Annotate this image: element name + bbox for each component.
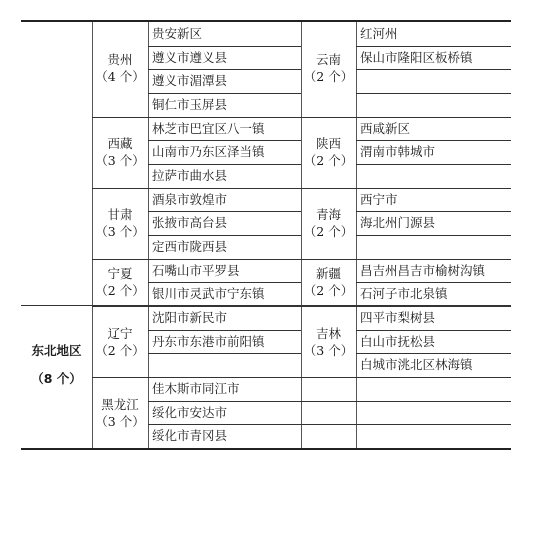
province-name: 西藏	[92, 135, 148, 152]
province-name: 青海	[301, 206, 356, 223]
site-cell: 保山市隆阳区板桥镇	[360, 46, 473, 70]
province-count: （3 个）	[301, 342, 356, 359]
province-count: （3 个）	[92, 152, 148, 169]
province-label: 吉林（3 个）	[301, 325, 356, 359]
province-count: （2 个）	[301, 68, 356, 85]
province-count: （2 个）	[301, 152, 356, 169]
row-divider	[356, 93, 511, 94]
province-name: 宁夏	[92, 265, 148, 282]
province-count: （2 个）	[301, 282, 356, 299]
row-divider	[148, 353, 301, 354]
province-name: 贵州	[92, 51, 148, 68]
site-cell: 西咸新区	[360, 117, 410, 141]
province-label: 云南（2 个）	[301, 51, 356, 85]
site-cell: 绥化市青冈县	[152, 424, 227, 448]
site-cell: 绥化市安达市	[152, 401, 227, 425]
pilot-sites-table: 东北地区 （8 个） 贵州（4 个）贵安新区遵义市遵义县遵义市湄潭县铜仁市玉屏县…	[21, 20, 511, 450]
region-label: 东北地区 （8 个）	[21, 337, 92, 393]
row-divider	[356, 69, 511, 70]
province-label: 陕西（2 个）	[301, 135, 356, 169]
site-cell: 遵义市湄潭县	[152, 69, 227, 93]
group-divider	[301, 401, 511, 402]
province-name: 黑龙江	[92, 396, 148, 413]
site-cell: 石河子市北泉镇	[360, 282, 448, 306]
site-cell: 白山市抚松县	[360, 330, 435, 354]
site-cell: 铜仁市玉屏县	[152, 93, 227, 117]
province-count: （3 个）	[92, 413, 148, 430]
province-count: （2 个）	[92, 342, 148, 359]
province-name: 辽宁	[92, 325, 148, 342]
province-label: 黑龙江（3 个）	[92, 396, 148, 430]
site-cell: 林芝市巴宜区八一镇	[152, 117, 265, 141]
province-count: （2 个）	[92, 282, 148, 299]
row-divider	[356, 164, 511, 165]
site-cell: 酒泉市敦煌市	[152, 188, 227, 212]
region-name: 东北地区	[21, 337, 92, 365]
site-cell: 定西市陇西县	[152, 235, 227, 259]
site-cell: 丹东市东港市前阳镇	[152, 330, 265, 354]
province-label: 甘肃（3 个）	[92, 206, 148, 240]
site-cell: 张掖市高台县	[152, 211, 227, 235]
site-cell: 西宁市	[360, 188, 398, 212]
site-cell: 遵义市遵义县	[152, 46, 227, 70]
group-divider	[301, 377, 511, 378]
province-label: 辽宁（2 个）	[92, 325, 148, 359]
site-cell: 银川市灵武市宁东镇	[152, 282, 265, 306]
site-cell: 四平市梨树县	[360, 306, 435, 330]
site-cell: 昌吉州昌吉市榆树沟镇	[360, 259, 485, 283]
province-label: 西藏（3 个）	[92, 135, 148, 169]
province-name: 陕西	[301, 135, 356, 152]
site-cell: 拉萨市曲水县	[152, 164, 227, 188]
site-cell: 白城市洮北区林海镇	[360, 353, 473, 377]
province-label: 青海（2 个）	[301, 206, 356, 240]
site-cell: 贵安新区	[152, 22, 202, 46]
province-name: 吉林	[301, 325, 356, 342]
province-label: 宁夏（2 个）	[92, 265, 148, 299]
group-divider	[301, 188, 511, 189]
row-divider	[356, 235, 511, 236]
province-label: 新疆（2 个）	[301, 265, 356, 299]
province-label: 贵州（4 个）	[92, 51, 148, 85]
province-name: 新疆	[301, 265, 356, 282]
group-divider	[301, 424, 511, 425]
region-count: （8 个）	[21, 365, 92, 393]
province-count: （3 个）	[92, 223, 148, 240]
province-count: （2 个）	[301, 223, 356, 240]
site-cell: 渭南市韩城市	[360, 140, 435, 164]
site-cell: 沈阳市新民市	[152, 306, 227, 330]
site-cell: 佳木斯市同江市	[152, 377, 240, 401]
province-name: 云南	[301, 51, 356, 68]
province-count: （4 个）	[92, 68, 148, 85]
site-cell: 海北州门源县	[360, 211, 435, 235]
site-cell: 石嘴山市平罗县	[152, 259, 240, 283]
province-name: 甘肃	[92, 206, 148, 223]
site-cell: 山南市乃东区泽当镇	[152, 140, 265, 164]
site-cell: 红河州	[360, 22, 398, 46]
